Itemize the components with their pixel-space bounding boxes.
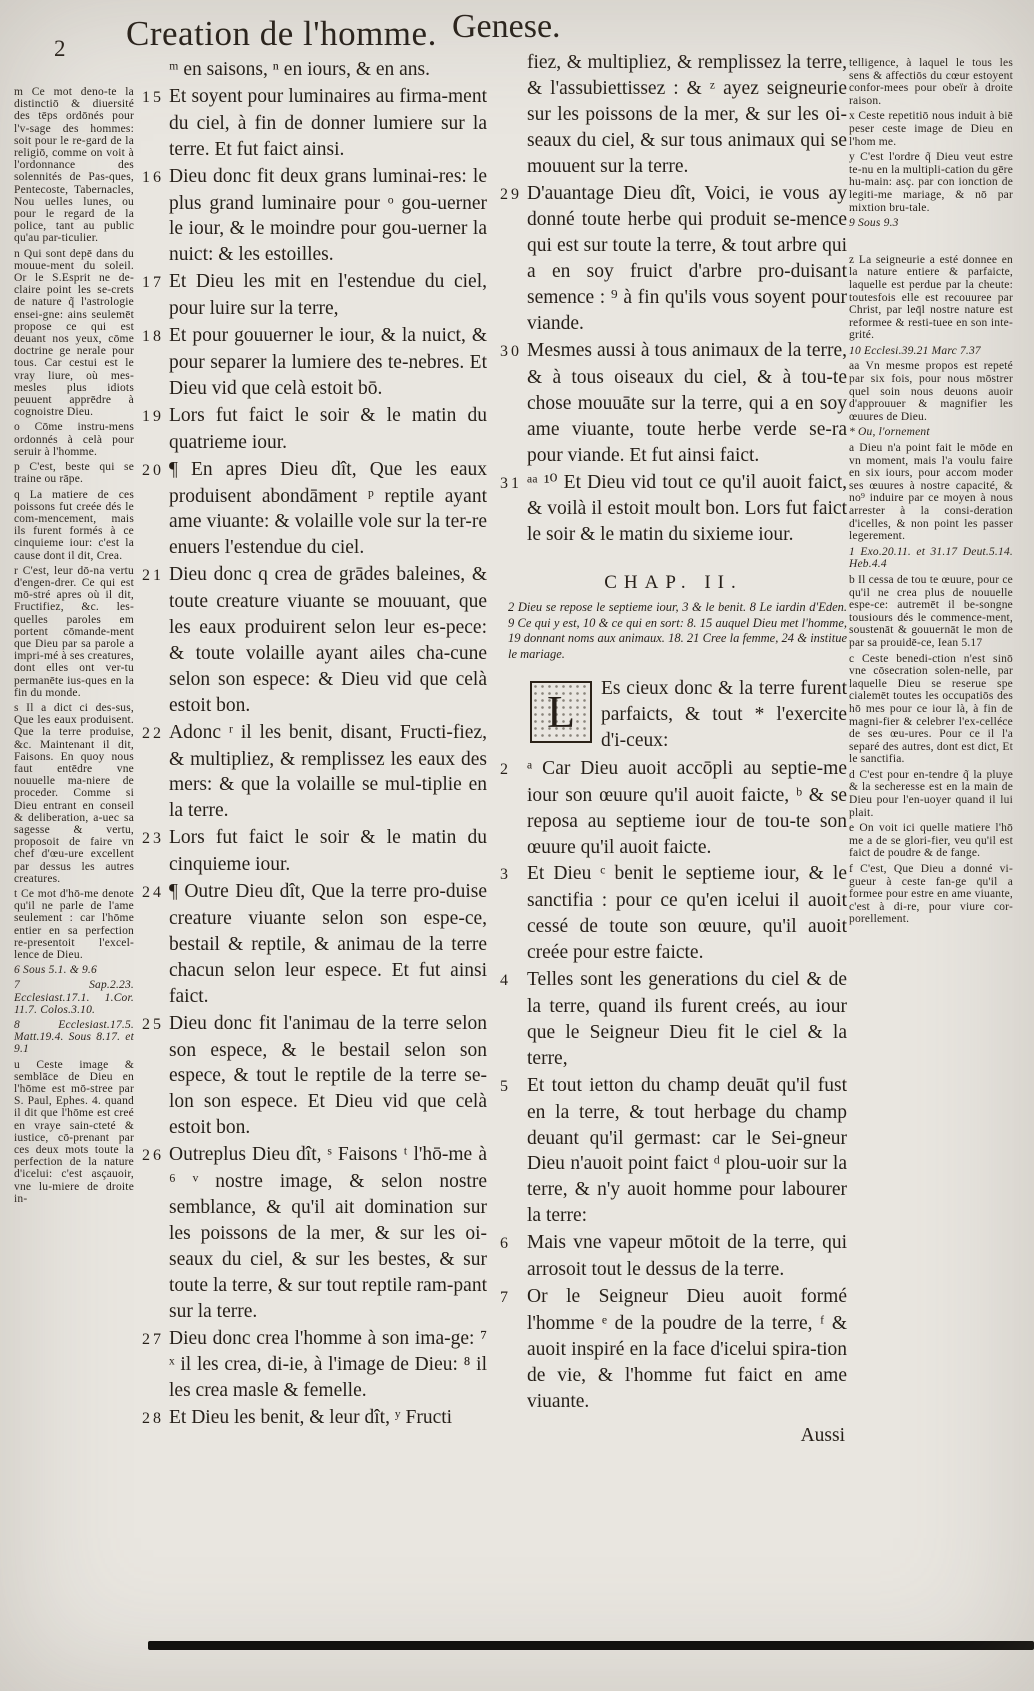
verse-number: 20 — [142, 458, 169, 484]
margin-note: x Ceste repetitiō nous induit à biē pese… — [849, 110, 1013, 148]
verse: 22Adonc ʳ il les benit, disant, Fructi-f… — [142, 720, 487, 825]
margin-note: 8 Ecclesiast.17.5. Matt.19.4. Sous 8.17.… — [14, 1019, 134, 1056]
margin-note: s Il a dict ci des-sus, Que les eaux pro… — [14, 702, 134, 885]
verse-number: 16 — [142, 165, 169, 191]
margin-note-text: aa Vn mesme propos est repeté par six fo… — [849, 360, 1013, 422]
margin-note: 10 Ecclesi.39.21 Marc 7.37 — [849, 345, 1013, 358]
margin-cross-reference: 1 Exo.20.11. et 31.17 Deut.5.14. Heb.4.4 — [849, 546, 1013, 571]
verse-number: 2 — [500, 757, 527, 783]
verse: 3Et Dieu ᶜ benit le septieme iour, & le … — [500, 861, 847, 966]
margin-cross-reference: 6 Sous 5.1. & 9.6 — [14, 964, 97, 976]
verse: 18Et pour gouuerner le iour, & la nuict,… — [142, 323, 487, 402]
verse: 24¶ Outre Dieu dît, Que la terre pro-dui… — [142, 879, 487, 1010]
margin-note-text: n Qui sont depē dans du mouue-ment du so… — [14, 248, 134, 419]
verse: 17Et Dieu les mit en l'estendue du ciel,… — [142, 269, 487, 322]
verse-number: 18 — [142, 324, 169, 350]
right-margin-notes: telligence, à laquel le tous les sens & … — [849, 57, 1013, 929]
verse-text: Et Dieu ᶜ benit le septieme iour, & le s… — [527, 863, 847, 963]
verse-text: Es cieux donc & la terre furent parfaict… — [601, 678, 847, 751]
left-text-column: ᵐ en saisons, ⁿ en iours, & en ans. 15Et… — [142, 57, 487, 1433]
margin-note-text: d C'est pour en-tendre q̃ la pluye & la … — [849, 769, 1013, 819]
verse: 31ᵃᵃ ¹⁰ Et Dieu vid tout ce qu'il auoit … — [500, 470, 847, 549]
margin-note: e On voit ici quelle matiere l'hō me a d… — [849, 822, 1013, 860]
margin-note: * Ou, l'ornement — [849, 426, 1013, 439]
verse-number: 5 — [500, 1074, 527, 1100]
verse-text: Lors fut faict le soir & le matin du qua… — [169, 405, 487, 453]
margin-note: m Ce mot deno-te la distinctiō & diuersi… — [14, 86, 134, 245]
margin-note-text: telligence, à laquel le tous les sens & … — [849, 57, 1013, 107]
verse-text: D'auantage Dieu dît, Voici, ie vous ay d… — [527, 183, 847, 335]
margin-cross-reference: 8 Ecclesiast.17.5. Matt.19.4. Sous 8.17.… — [14, 1019, 134, 1055]
margin-note: 7 Sap.2.23. Ecclesiast.17.1. 1.Cor. 11.7… — [14, 979, 134, 1016]
verse: 23Lors fut faict le soir & le matin du c… — [142, 825, 487, 878]
scanned-bible-page: 2 Creation de l'homme. Genese. m Ce mot … — [0, 0, 1034, 1691]
margin-note: t Ce mot d'hō-me denote qu'il ne parle d… — [14, 888, 134, 961]
margin-note: n Qui sont depē dans du mouue-ment du so… — [14, 248, 134, 419]
verse-text: Adonc ʳ il les benit, disant, Fructi-fie… — [169, 722, 487, 822]
margin-note-text: r C'est, leur dō-na vertu d'engen-drer. … — [14, 565, 134, 699]
verse: fiez, & multipliez, & remplissez la terr… — [500, 50, 847, 180]
verse-number: 30 — [500, 339, 527, 365]
margin-note-text: e On voit ici quelle matiere l'hō me a d… — [849, 822, 1013, 859]
verse-number: 24 — [142, 880, 169, 906]
verse: 26Outreplus Dieu dît, ˢ Faisons ᵗ l'hō-m… — [142, 1142, 487, 1324]
verse-text: Lors fut faict le soir & le matin du cin… — [169, 827, 487, 875]
margin-note: o Cōme instru-mens ordonnés à celà pour … — [14, 421, 134, 458]
margin-note-text: p C'est, beste qui se traine ou rāpe. — [14, 461, 134, 485]
margin-note: u Ceste image & semblāce de Dieu en l'hō… — [14, 1059, 134, 1205]
verse-text: Et tout ietton du champ deuāt qu'il fust… — [527, 1075, 847, 1227]
verse-text: Et Dieu les mit en l'estendue du ciel, p… — [169, 271, 487, 319]
verse-number: 21 — [142, 563, 169, 589]
margin-note: y C'est l'ordre q̃ Dieu veut estre te-nu… — [849, 151, 1013, 214]
verse-text: Et pour gouuerner le iour, & la nuict, &… — [169, 325, 487, 399]
verse-text: fiez, & multipliez, & remplissez la terr… — [527, 52, 847, 177]
verse-text: Telles sont les generations du ciel & de… — [527, 969, 847, 1069]
verse: 28Et Dieu les benit, & leur dît, ʸ Fruct… — [142, 1405, 487, 1432]
verse: 4Telles sont les generations du ciel & d… — [500, 967, 847, 1072]
verse-text: Et Dieu les benit, & leur dît, ʸ Fructi — [169, 1407, 452, 1428]
verse-text: Dieu donc fit deux grans luminai-res: le… — [169, 166, 487, 266]
chapter1-continuation: fiez, & multipliez, & remplissez la terr… — [500, 50, 847, 548]
verse-number: 19 — [142, 404, 169, 430]
verse: ᵐ en saisons, ⁿ en iours, & en ans. — [142, 57, 487, 83]
verse: 16Dieu donc fit deux grans luminai-res: … — [142, 164, 487, 269]
verse-text: Dieu donc q crea de grādes baleines, & t… — [169, 564, 487, 716]
verse: 30Mesmes aussi à tous animaux de la terr… — [500, 338, 847, 469]
running-title: Creation de l'homme. — [126, 14, 437, 54]
margin-note: 9 Sous 9.3 — [849, 217, 1013, 230]
margin-note-text: c Ceste benedi-ction n'est sinō vne cōse… — [849, 653, 1013, 766]
verse-number: 29 — [500, 182, 527, 208]
margin-note-text: q La matiere de ces poissons fut creée d… — [14, 489, 134, 562]
verse-number: 4 — [500, 968, 527, 994]
margin-cross-reference: 7 Sap.2.23. Ecclesiast.17.1. 1.Cor. 11.7… — [14, 979, 134, 1015]
verse: 7Or le Seigneur Dieu auoit formé l'homme… — [500, 1284, 847, 1415]
margin-note: z La seigneurie a esté donnee en la natu… — [849, 254, 1013, 342]
verse-number: 6 — [500, 1231, 527, 1257]
chapter-argument: 2 Dieu se repose le septieme iour, 3 & l… — [508, 600, 847, 662]
margin-note: c Ceste benedi-ction n'est sinō vne cōse… — [849, 653, 1013, 766]
margin-note: a Dieu n'a point fait le mōde en vn mome… — [849, 442, 1013, 543]
verse-number: 15 — [142, 85, 169, 111]
margin-note-text: u Ceste image & semblāce de Dieu en l'hō… — [14, 1059, 134, 1205]
margin-note-text: a Dieu n'a point fait le mōde en vn mome… — [849, 442, 1013, 542]
left-margin-notes: m Ce mot deno-te la distinctiō & diuersi… — [14, 86, 134, 1208]
verse: 27Dieu donc crea l'homme à son ima-ge: ⁷… — [142, 1326, 487, 1405]
margin-note: 6 Sous 5.1. & 9.6 — [14, 964, 134, 976]
verse-text: Et soyent pour luminaires au firma-ment … — [169, 86, 487, 160]
margin-note-text: o Cōme instru-mens ordonnés à celà pour … — [14, 421, 134, 457]
verse-text: ¶ En apres Dieu dît, Que les eaux produi… — [169, 459, 487, 559]
verse-number: 23 — [142, 826, 169, 852]
verse: 6Mais vne vapeur mōtoit de la terre, qui… — [500, 1230, 847, 1283]
verse: 20¶ En apres Dieu dît, Que les eaux prod… — [142, 457, 487, 562]
margin-note-text: x Ceste repetitiō nous induit à biē pese… — [849, 110, 1013, 147]
margin-note-text: m Ce mot deno-te la distinctiō & diuersi… — [14, 86, 134, 244]
margin-cross-reference: 9 Sous 9.3 — [849, 217, 899, 229]
margin-note: telligence, à laquel le tous les sens & … — [849, 57, 1013, 107]
verse: 19Lors fut faict le soir & le matin du q… — [142, 403, 487, 456]
verse-text: Mesmes aussi à tous animaux de la terre,… — [527, 340, 847, 466]
verse-number: 17 — [142, 270, 169, 296]
verse: 25Dieu donc fit l'animau de la terre sel… — [142, 1011, 487, 1142]
margin-note-text: y C'est l'ordre q̃ Dieu veut estre te-nu… — [849, 151, 1013, 213]
margin-note-text: b Il cessa de tou te œuure, pour ce qu'i… — [849, 574, 1013, 649]
margin-note-text: t Ce mot d'hō-me denote qu'il ne parle d… — [14, 888, 134, 961]
verse-number: 26 — [142, 1143, 169, 1169]
verse: 2ᵃ Car Dieu auoit accōpli au septie-me i… — [500, 756, 847, 861]
margin-note-text: s Il a dict ci des-sus, Que les eaux pro… — [14, 702, 134, 885]
margin-cross-reference: 10 Ecclesi.39.21 Marc 7.37 — [849, 345, 981, 357]
chapter2-verses: 2ᵃ Car Dieu auoit accōpli au septie-me i… — [500, 756, 847, 1415]
verse-number: 25 — [142, 1012, 169, 1038]
drop-cap-initial: L — [530, 681, 592, 743]
margin-note: q La matiere de ces poissons fut creée d… — [14, 489, 134, 562]
book-title: Genese. — [452, 8, 561, 46]
verse-text: ᵃ Car Dieu auoit accōpli au septie-me io… — [527, 758, 847, 858]
verse-number: 28 — [142, 1406, 169, 1432]
margin-note: 1 Exo.20.11. et 31.17 Deut.5.14. Heb.4.4 — [849, 546, 1013, 571]
chapter2-verse-1: LEs cieux donc & la terre furent parfaic… — [500, 676, 847, 754]
margin-note: f C'est, Que Dieu a donné vi-gueur à ces… — [849, 863, 1013, 926]
margin-note: aa Vn mesme propos est repeté par six fo… — [849, 360, 1013, 423]
verse-number: 22 — [142, 721, 169, 747]
verse-text: ᵃᵃ ¹⁰ Et Dieu vid tout ce qu'il auoit fa… — [527, 472, 847, 546]
verse-number: 3 — [500, 862, 527, 888]
verse-text: Mais vne vapeur mōtoit de la terre, qui … — [527, 1232, 847, 1280]
margin-note: p C'est, beste qui se traine ou rāpe. — [14, 461, 134, 485]
verse-text: ¶ Outre Dieu dît, Que la terre pro-duise… — [169, 881, 487, 1007]
verse-number: 7 — [500, 1285, 527, 1311]
margin-note-text: z La seigneurie a esté donnee en la natu… — [849, 254, 1013, 342]
verse-number: 31 — [500, 471, 527, 497]
chapter-heading: CHAP. II. — [500, 570, 847, 596]
verse-text: Dieu donc fit l'animau de la terre selon… — [169, 1013, 487, 1139]
page-number: 2 — [54, 36, 66, 62]
margin-note: r C'est, leur dō-na vertu d'engen-drer. … — [14, 565, 134, 699]
margin-note: d C'est pour en-tendre q̃ la pluye & la … — [849, 769, 1013, 819]
verse: 21Dieu donc q crea de grādes baleines, &… — [142, 562, 487, 718]
verse-text: ᵐ en saisons, ⁿ en iours, & en ans. — [169, 59, 430, 80]
margin-note: b Il cessa de tou te œuure, pour ce qu'i… — [849, 574, 1013, 650]
catchword: Aussi — [500, 1423, 847, 1449]
margin-cross-reference: * Ou, l'ornement — [849, 426, 930, 438]
verse: 5Et tout ietton du champ deuāt qu'il fus… — [500, 1073, 847, 1229]
verse-number: 27 — [142, 1327, 169, 1353]
margin-note-text: f C'est, Que Dieu a donné vi-gueur à ces… — [849, 863, 1013, 925]
verse: 15Et soyent pour luminaires au firma-men… — [142, 84, 487, 163]
verse-text: Dieu donc crea l'homme à son ima-ge: ⁷ ˣ… — [169, 1328, 487, 1402]
right-text-column: fiez, & multipliez, & remplissez la terr… — [500, 50, 847, 1448]
verse: 29D'auantage Dieu dît, Voici, ie vous ay… — [500, 181, 847, 337]
scan-bar — [148, 1641, 1034, 1650]
verse-text: Or le Seigneur Dieu auoit formé l'homme … — [527, 1286, 847, 1412]
verse-text: Outreplus Dieu dît, ˢ Faisons ᵗ l'hō-me … — [169, 1144, 487, 1321]
